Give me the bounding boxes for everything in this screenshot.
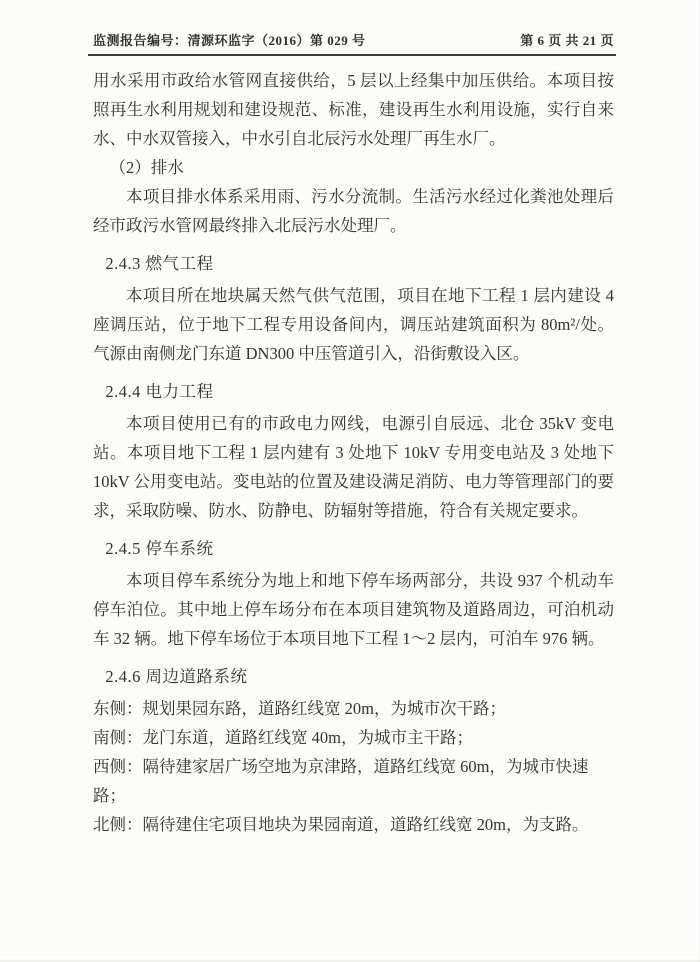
section-heading-parking-system: 2.4.5 停车系统	[93, 534, 614, 563]
paragraph-drainage: 本项目排水体系采用雨、污水分流制。生活污水经过化粪池处理后经市政污水管网最终排入…	[93, 182, 614, 240]
subitem-drainage-title: （2）排水	[93, 153, 614, 182]
page-header: 监测报告编号：清源环监字（2016）第 029 号 第 6 页 共 21 页	[88, 30, 616, 56]
report-number: 监测报告编号：清源环监字（2016）第 029 号	[88, 30, 366, 49]
document-page: 监测报告编号：清源环监字（2016）第 029 号 第 6 页 共 21 页 用…	[0, 0, 700, 962]
road-item-south: 南侧：龙门东道，道路红线宽 40m，为城市主干路；	[93, 723, 614, 752]
road-item-west: 西侧：隔待建家居广场空地为京津路，道路红线宽 60m，为城市快速路；	[93, 752, 614, 810]
paragraph-gas-engineering: 本项目所在地块属天然气供气范围，项目在地下工程 1 层内建设 4 座调压站，位于…	[93, 281, 614, 368]
road-item-east: 东侧：规划果园东路，道路红线宽 20m，为城市次干路；	[93, 694, 614, 723]
section-heading-surrounding-roads: 2.4.6 周边道路系统	[93, 662, 614, 691]
paragraph-water-supply-continuation: 用水采用市政给水管网直接供给，5 层以上经集中加压供给。本项目按照再生水利用规划…	[93, 66, 614, 153]
section-heading-power-engineering: 2.4.4 电力工程	[93, 377, 614, 406]
paragraph-power-engineering: 本项目使用已有的市政电力网线，电源引自辰远、北仓 35kV 变电站。本项目地下工…	[93, 409, 614, 525]
section-heading-gas-engineering: 2.4.3 燃气工程	[93, 249, 614, 278]
road-item-north: 北侧：隔待建住宅项目地块为果园南道，道路红线宽 20m，为支路。	[93, 810, 614, 839]
document-body: 用水采用市政给水管网直接供给，5 层以上经集中加压供给。本项目按照再生水利用规划…	[93, 66, 614, 839]
paragraph-parking-system: 本项目停车系统分为地上和地下停车场两部分，共设 937 个机动车停车泊位。其中地…	[93, 566, 614, 653]
page-number-indicator: 第 6 页 共 21 页	[520, 30, 616, 49]
